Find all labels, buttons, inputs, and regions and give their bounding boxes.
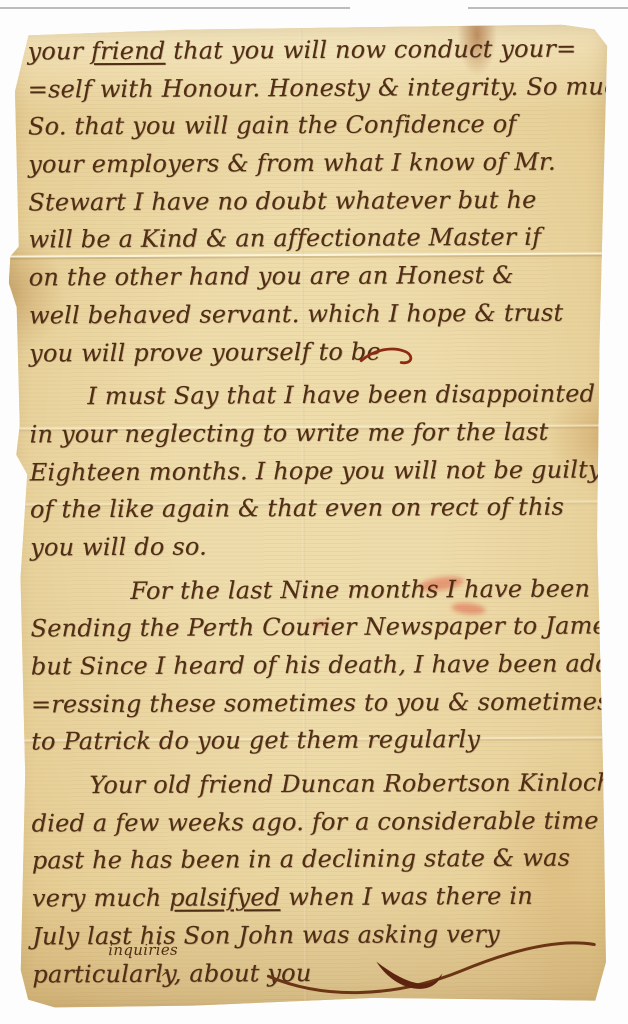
letter-line: past he has been in a declining state & … — [32, 840, 608, 881]
letter-line: well behaved servant. which I hope & tru… — [29, 294, 605, 335]
letter-line: For the last Nine months I have been — [30, 570, 606, 611]
insertion-caret: ^ — [160, 971, 171, 986]
letter-line: I must Say that I have been disappointed — [29, 376, 605, 417]
letter-line: died a few weeks ago. for a considerable… — [32, 802, 608, 843]
letter-lines: your friend that you will now conduct yo… — [27, 30, 608, 993]
scanner-edge-line — [0, 7, 350, 9]
letter-line: Eighteen months. I hope you will not be … — [30, 451, 606, 492]
letter-paragraph: For the last Nine months I have beenSend… — [30, 570, 607, 761]
letter-line: =self with Honour. Honesty & integrity. … — [28, 68, 604, 109]
letter-line: but Since I heard of his death, I have b… — [31, 645, 607, 686]
letter-line: in your neglecting to write me for the l… — [29, 413, 605, 454]
letter-line: will be a Kind & an affectionate Master … — [28, 219, 604, 260]
letter-line: Sending the Perth Courier Newspaper to J… — [30, 608, 606, 649]
letter-line: Your old friend Duncan Robertson Kinloch — [31, 765, 607, 806]
letter-line: your employers & from what I know of Mr. — [28, 144, 604, 185]
letter-line: your friend that you will now conduct yo… — [27, 30, 603, 71]
letter-line: on the other hand you are an Honest & — [29, 257, 605, 298]
letter-line: So. that you will gain the Confidence of — [28, 106, 604, 147]
letter-line: to Patrick do you get them regularly — [31, 721, 607, 762]
scanner-edge-line — [468, 7, 628, 9]
pen-flourish-icon — [264, 912, 601, 1014]
letter-paragraph: I must Say that I have been disappointed… — [29, 376, 606, 567]
letter-line: =ressing these sometimes to you & someti… — [31, 683, 607, 724]
letter-line: you will do so. — [30, 526, 606, 567]
letter-line: of the like again & that even on rect of… — [30, 489, 606, 530]
letter-page: your friend that you will now conduct yo… — [7, 24, 614, 1009]
letter-line: you will prove yourself to be — [29, 332, 605, 373]
red-pen-flourish-icon — [359, 343, 421, 371]
letter-line: Stewart I have no doubt whatever but he — [28, 181, 604, 222]
inserted-word: inquiries — [108, 941, 178, 959]
letter-paragraph: your friend that you will now conduct yo… — [27, 30, 605, 372]
